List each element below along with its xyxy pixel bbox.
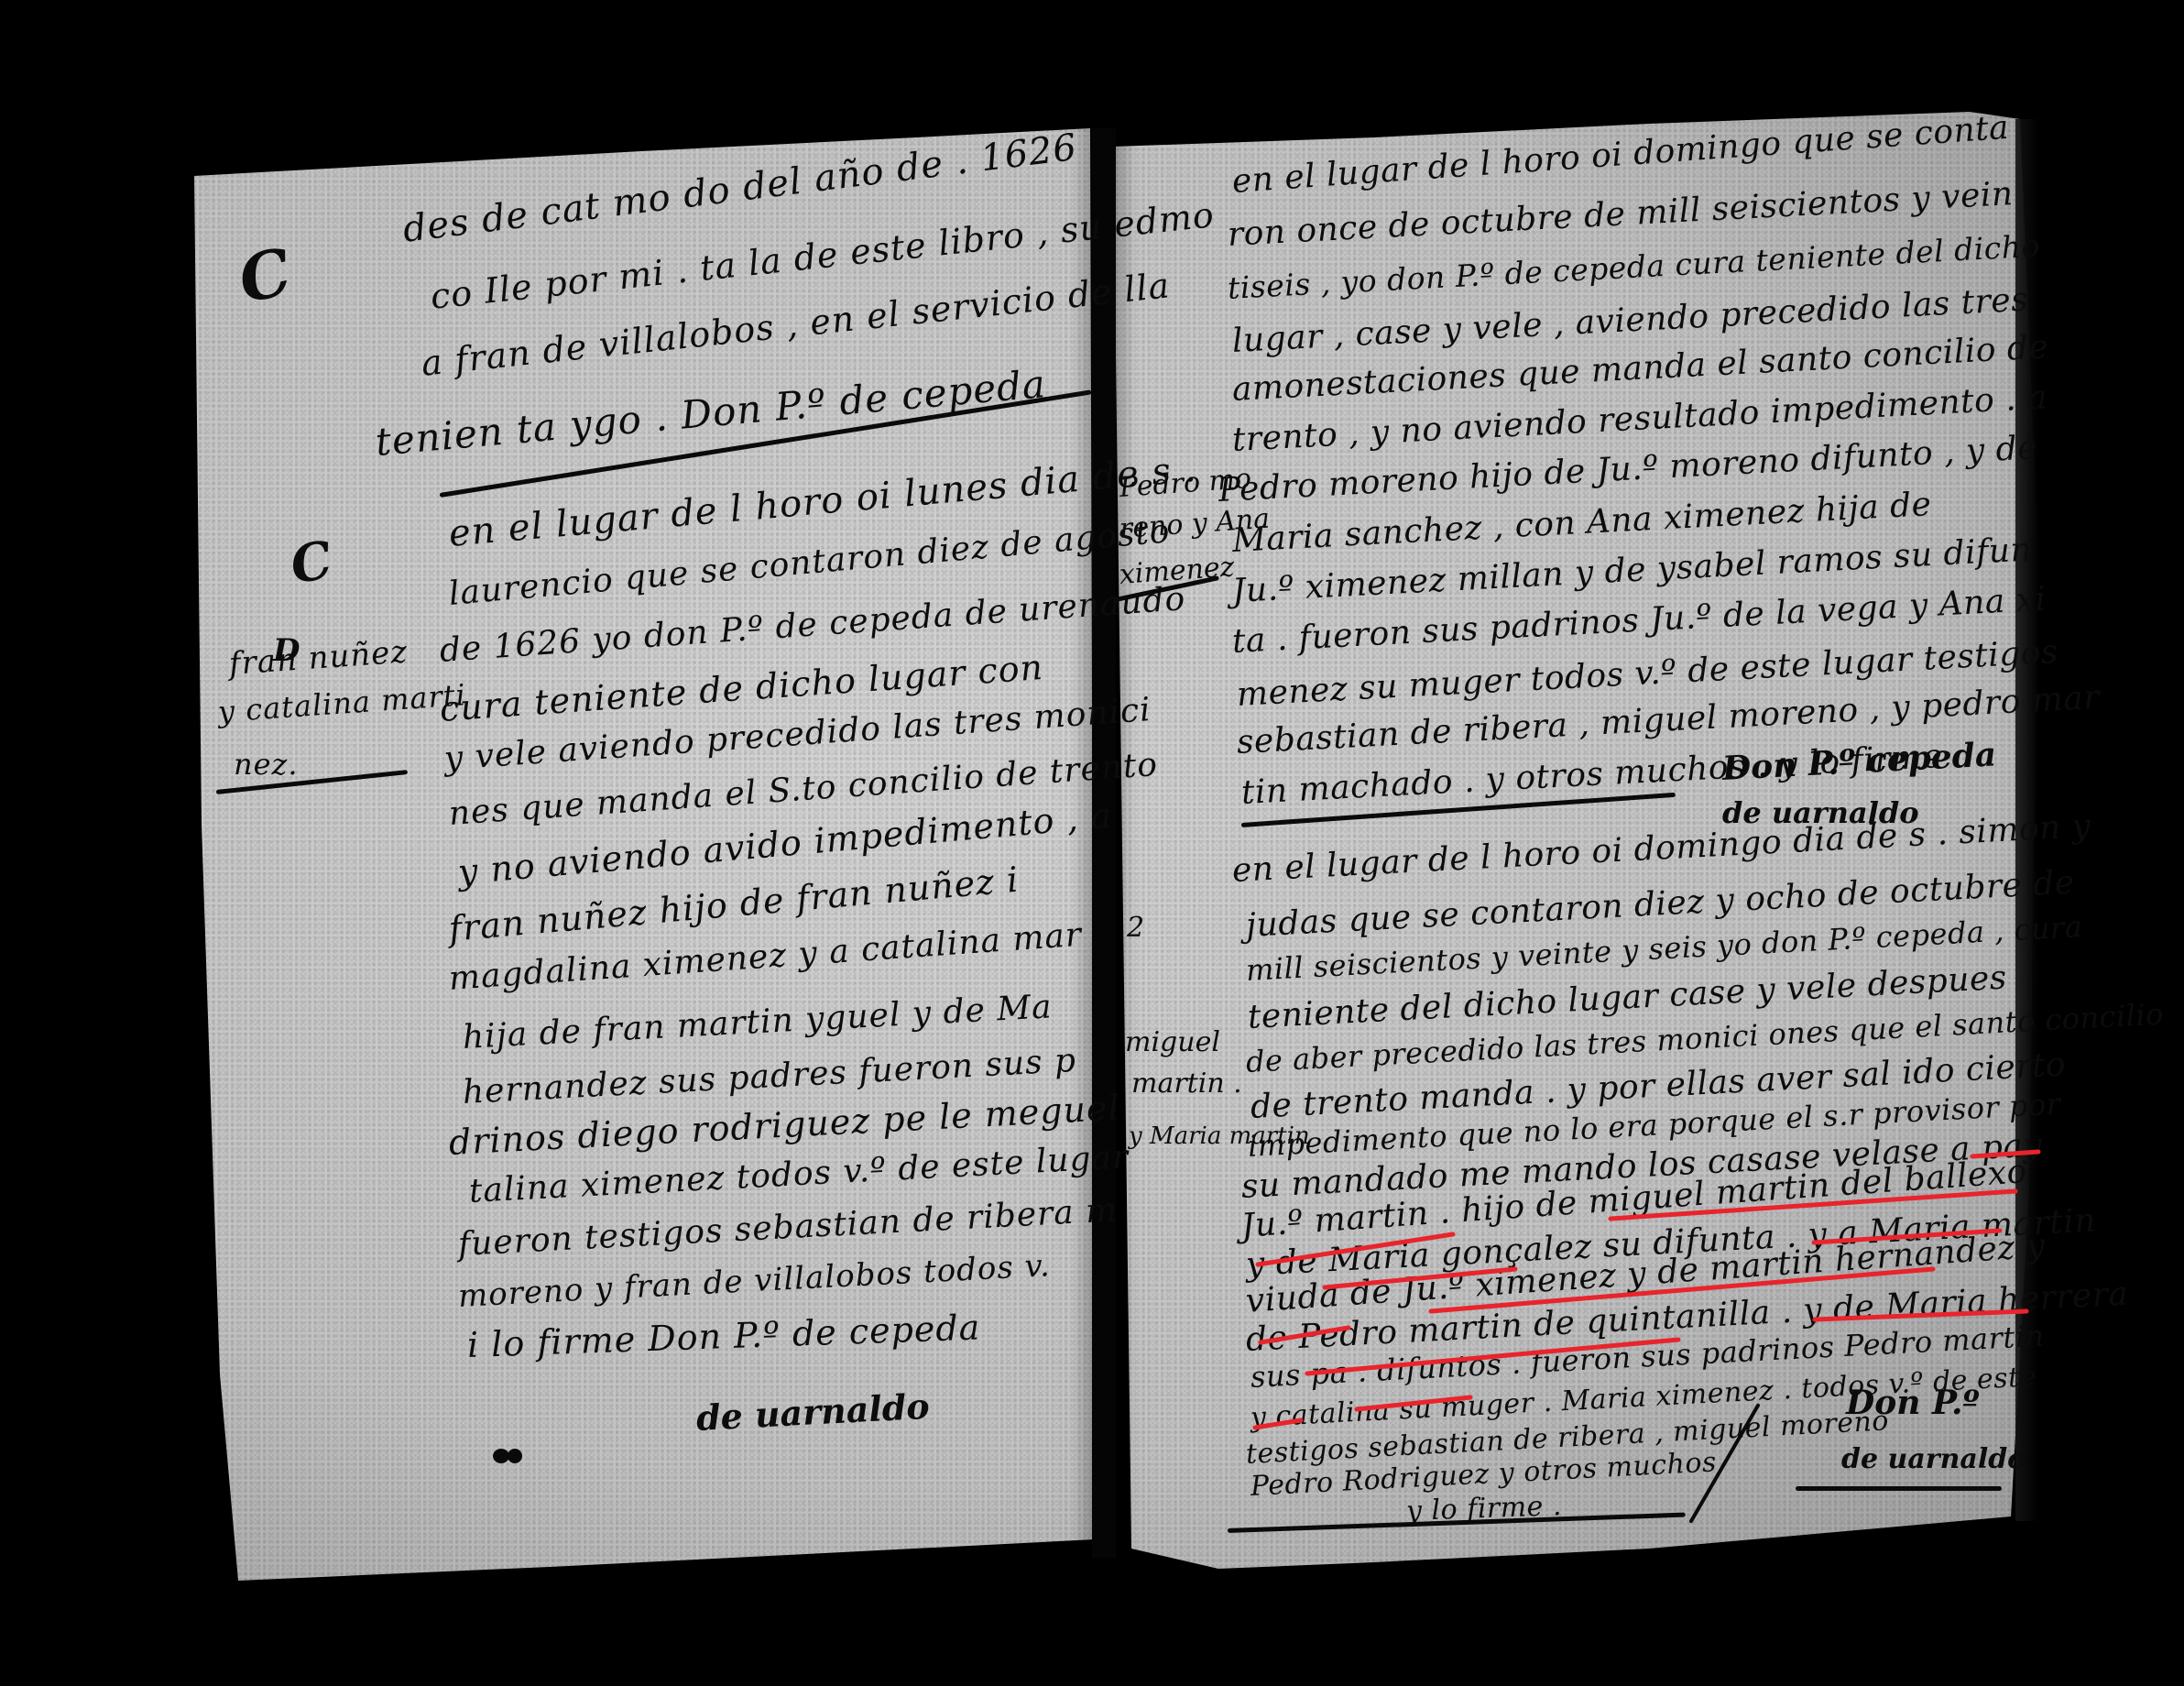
gutter-note: miguel <box>1125 1026 1220 1058</box>
book-gutter <box>1092 128 1116 1558</box>
ink-blot <box>508 1449 522 1463</box>
gutter-note: 2 <box>1127 912 1144 944</box>
gutter-note: martin . <box>1131 1067 1242 1100</box>
signature-rubric: de uarnaldo <box>1841 1443 2026 1475</box>
signature-rule <box>1796 1486 2002 1491</box>
margin-note-line: nez. <box>234 747 299 782</box>
signature: Don P.º <box>1846 1384 1980 1422</box>
